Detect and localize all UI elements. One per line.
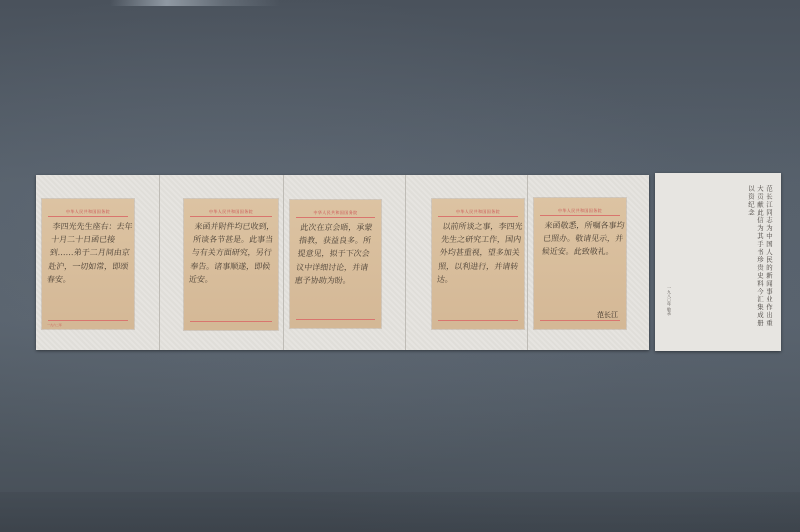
- letterhead-rule: [48, 216, 128, 217]
- letterhead-rule: [190, 216, 272, 217]
- letterhead: 中华人民共和国国务院: [296, 210, 375, 215]
- handwritten-text: 李四光先生座右：去年十月二十日函已接到……弟于二月间由京赴沪，一切如常，即颂春安…: [43, 220, 133, 318]
- letterhead-rule: [438, 216, 518, 217]
- transcription-text: 范长江同志为中国人民的新闻事业作出重大贡献此信为其手书珍贵史料今汇集成册以资纪念: [746, 185, 773, 335]
- album-panel-3: 中华人民共和国国务院 此次在京会晤，承蒙指教，获益良多。所提意见，拟于下次会议中…: [284, 175, 406, 350]
- letterhead: 中华人民共和国国务院: [540, 208, 620, 213]
- date-stamp: 一九六二年: [47, 324, 62, 328]
- letterhead-rule: [296, 217, 375, 218]
- letter-sheet-2: 中华人民共和国国务院 来函并附件均已收到，所谈各节甚是。此事当与有关方面研究，另…: [184, 199, 278, 330]
- letter-sheet-3: 中华人民共和国国务院 此次在京会晤，承蒙指教，获益良多。所提意见，拟于下次会议中…: [290, 200, 381, 328]
- transcription-card: 范长江同志为中国人民的新闻事业作出重大贡献此信为其手书珍贵史料今汇集成册以资纪念…: [655, 173, 781, 351]
- album-panel-2: 中华人民共和国国务院 来函并附件均已收到，所谈各节甚是。此事当与有关方面研究，另…: [160, 175, 284, 350]
- wall-lower-band: [0, 492, 800, 532]
- footer-rule: [540, 320, 620, 321]
- handwritten-text: 来函敬悉，所嘱各事均已照办。敬请见示，并候近安。此致敬礼。: [535, 219, 625, 318]
- footer-rule: [48, 320, 128, 321]
- footer-rule: [296, 319, 375, 320]
- letterhead: 中华人民共和国国务院: [48, 209, 128, 214]
- handwritten-text: 以前所谈之事，李四光先生之研究工作，国内外均甚重视，望多加关照，以利进行，并请转…: [433, 220, 523, 318]
- album-panel-5: 中华人民共和国国务院 来函敬悉，所嘱各事均已照办。敬请见示，并候近安。此致敬礼。…: [528, 175, 649, 350]
- transcription-signature: 一九八〇年 敬录: [667, 286, 672, 341]
- letterhead-rule: [540, 215, 620, 216]
- handwritten-text: 来函并附件均已收到，所谈各节甚是。此事当与有关方面研究，另行奉告。诸事顺遂，即候…: [185, 220, 277, 319]
- top-light-glare: [110, 0, 280, 6]
- letter-sheet-5: 中华人民共和国国务院 来函敬悉，所嘱各事均已照办。敬请见示，并候近安。此致敬礼。…: [534, 198, 626, 329]
- handwritten-text: 此次在京会晤，承蒙指教，获益良多。所提意见，拟于下次会议中详细讨论，并请惠予协助…: [291, 221, 380, 317]
- signature: 范长江: [597, 311, 618, 319]
- letter-sheet-4: 中华人民共和国国务院 以前所谈之事，李四光先生之研究工作，国内外均甚重视，望多加…: [432, 199, 524, 329]
- letterhead: 中华人民共和国国务院: [438, 209, 518, 214]
- footer-rule: [438, 320, 518, 321]
- folding-album: 中华人民共和国国务院 李四光先生座右：去年十月二十日函已接到……弟于二月间由京赴…: [36, 175, 649, 350]
- letterhead: 中华人民共和国国务院: [190, 209, 272, 214]
- album-panel-1: 中华人民共和国国务院 李四光先生座右：去年十月二十日函已接到……弟于二月间由京赴…: [36, 175, 160, 350]
- letter-sheet-1: 中华人民共和国国务院 李四光先生座右：去年十月二十日函已接到……弟于二月间由京赴…: [42, 199, 134, 329]
- album-panel-4: 中华人民共和国国务院 以前所谈之事，李四光先生之研究工作，国内外均甚重视，望多加…: [406, 175, 528, 350]
- footer-rule: [190, 321, 272, 322]
